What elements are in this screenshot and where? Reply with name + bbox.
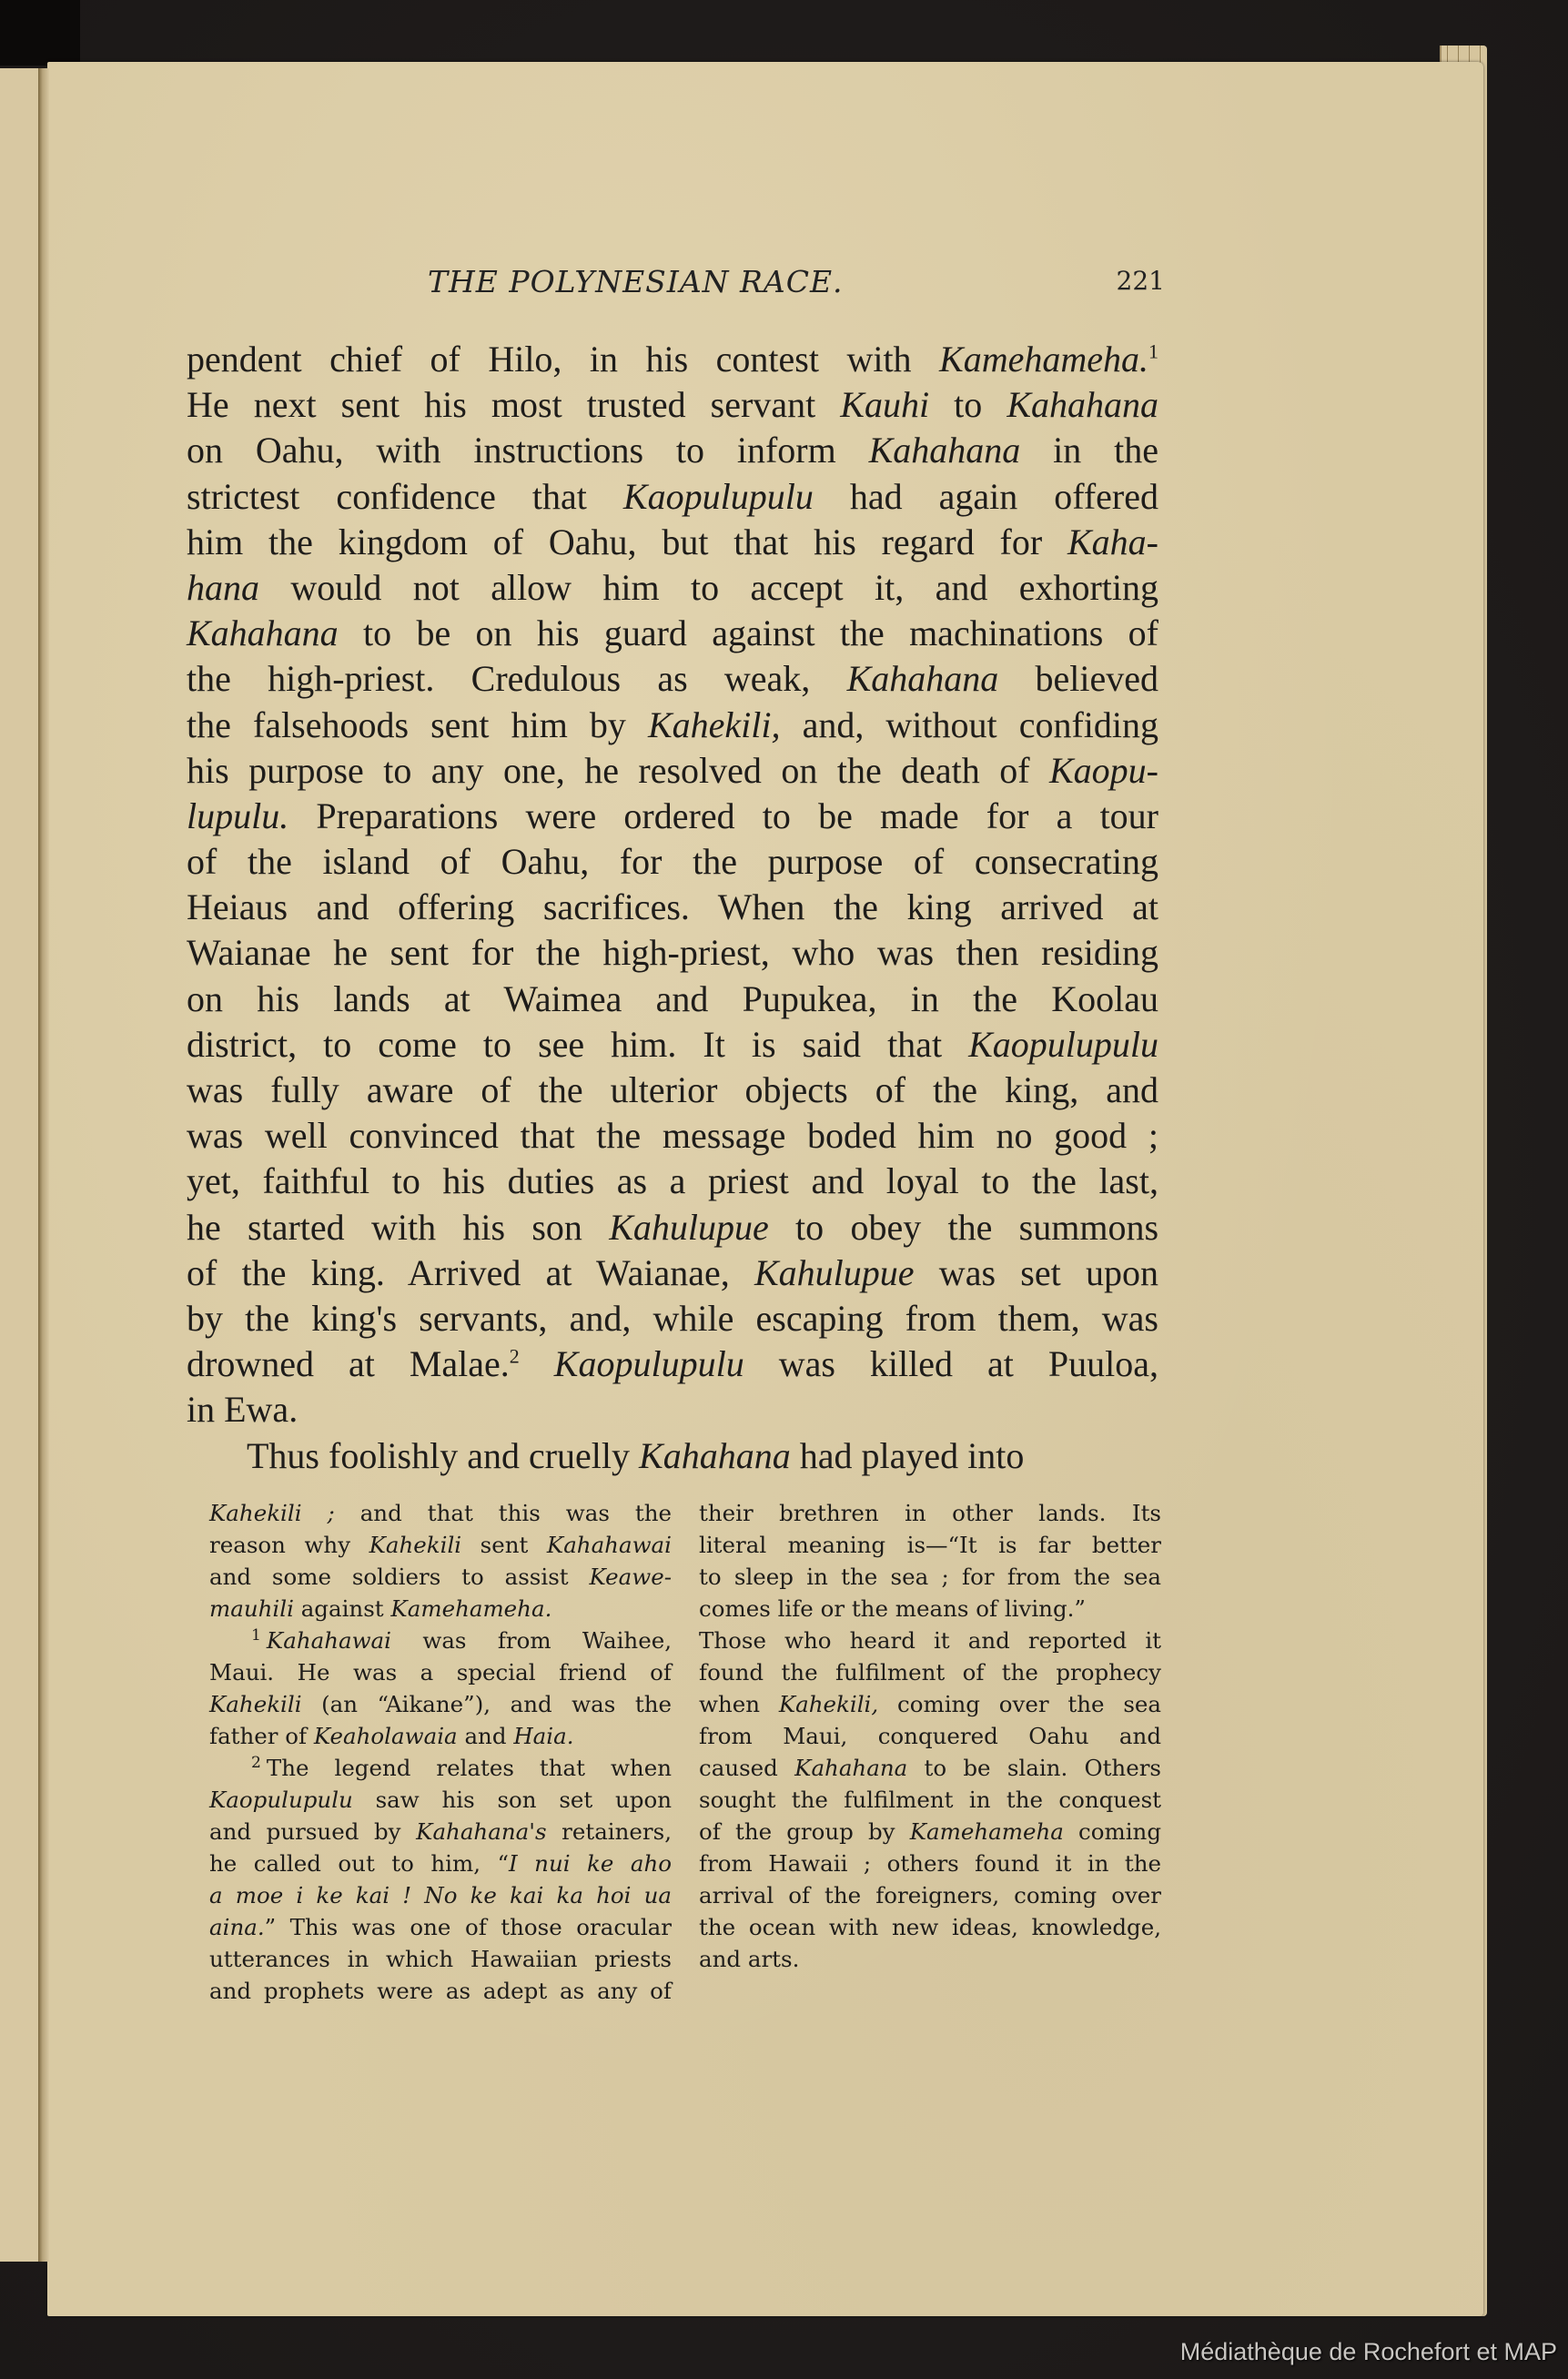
italic-text: Kahahana's [416, 1818, 546, 1845]
text-run: comes life or the means of living.” [699, 1595, 1086, 1622]
italic-text: aina. [209, 1914, 265, 1940]
text-line: Those who heard it and reported it [699, 1625, 1161, 1656]
italic-text: mauhili [209, 1595, 294, 1622]
text-line: hana would not allow him to accept it, a… [187, 565, 1158, 611]
italic-text: Kahekili, [779, 1691, 878, 1717]
text-run: Heiaus and offering sacrifices. When the… [187, 886, 1158, 927]
text-run: (an “Aikane”), and was the [302, 1691, 672, 1717]
text-run: was fully aware of the ulterior objects … [187, 1069, 1158, 1110]
text-line: and arts. [699, 1943, 1161, 1975]
text-run: arrival of the foreigners, coming over [699, 1882, 1161, 1908]
text-line: Kahahana to be on his guard against the … [187, 611, 1158, 656]
text-run: on his lands at Waimea and Pupukea, in t… [187, 978, 1158, 1019]
text-line: Maui. He was a special friend of [209, 1656, 672, 1688]
text-line: Kahekili ; and that this was the [209, 1497, 672, 1529]
text-run: from Maui, conquered Oahu and [699, 1723, 1161, 1749]
text-line: a moe i ke kai ! No ke kai ka hoi ua [209, 1879, 672, 1911]
italic-text: Kahekili [369, 1532, 462, 1558]
text-run: retainers, [547, 1818, 672, 1845]
text-line: father of Keaholawaia and Haia. [209, 1720, 672, 1752]
text-run: was well convinced that the message bode… [187, 1115, 1158, 1156]
text-run: district, to come to see him. It is said… [187, 1024, 968, 1065]
text-run: of the group by [699, 1818, 910, 1845]
text-run: caused [699, 1755, 794, 1781]
text-run: Preparations were ordered to be made for… [288, 795, 1158, 836]
library-watermark: Médiathèque de Rochefort et MAP [1180, 2338, 1557, 2366]
italic-text: Kahekili [209, 1691, 302, 1717]
text-line: the ocean with new ideas, knowledge, [699, 1911, 1161, 1943]
text-line: pendent chief of Hilo, in his contest wi… [187, 337, 1158, 382]
text-line: of the group by Kamehameha coming [699, 1816, 1161, 1848]
running-head: THE POLYNESIAN RACE. 221 [428, 264, 1165, 309]
text-line: on his lands at Waimea and Pupukea, in t… [187, 977, 1158, 1022]
text-line: from Maui, conquered Oahu and [699, 1720, 1161, 1752]
text-run: to obey the summons [769, 1207, 1158, 1248]
text-line: comes life or the means of living.” [699, 1593, 1161, 1625]
text-run: literal meaning is—“It is far better [699, 1532, 1161, 1558]
text-run: utterances in which Hawaiian priests [209, 1946, 672, 1972]
italic-text: Kahekili ; [209, 1500, 335, 1526]
italic-text: Kaopulupulu [968, 1024, 1158, 1065]
text-run: him the kingdom of Oahu, but that his re… [187, 521, 1067, 562]
text-line: mauhili against Kamehameha. [209, 1593, 672, 1625]
text-run: and prophets were as adept as any of [209, 1978, 672, 2004]
italic-text: Kaopulupulu [623, 476, 814, 517]
text-line: Thus foolishly and cruelly Kahahana had … [187, 1433, 1158, 1479]
italic-text: Kaopulupulu [554, 1343, 744, 1384]
italic-text: Kamehameha. [939, 339, 1148, 380]
text-line: Kaopulupulu saw his son set upon [209, 1784, 672, 1816]
text-run: the ocean with new ideas, knowledge, [699, 1914, 1161, 1940]
text-run: He next sent his most trusted servant [187, 384, 840, 425]
footnote-column-left: Kahekili ; and that this was thereason w… [209, 1497, 672, 2007]
book-gutter [38, 68, 49, 2262]
text-line: Waianae he sent for the high-priest, who… [187, 930, 1158, 976]
text-run: ” This was one of those oracular [265, 1914, 672, 1940]
text-run: from Hawaii ; others found it in the [699, 1850, 1161, 1877]
italic-text: Kahahana [639, 1435, 791, 1476]
text-run: to sleep in the sea ; for from the sea [699, 1564, 1161, 1590]
text-line: aina.” This was one of those oracular [209, 1911, 672, 1943]
running-title: THE POLYNESIAN RACE. [428, 264, 844, 299]
text-line: in Ewa. [187, 1387, 1158, 1432]
italic-text: Kahahana [847, 658, 999, 699]
text-line: 1Kahahawai was from Waihee, [209, 1625, 672, 1656]
text-line: utterances in which Hawaiian priests [209, 1943, 672, 1975]
text-run: father of [209, 1723, 314, 1749]
text-run: coming [1064, 1818, 1161, 1845]
italic-text: a moe i ke kai ! No ke kai ka hoi ua [209, 1882, 672, 1908]
italic-text: Kahekili, [648, 704, 781, 745]
footnote-reference: 2 [510, 1345, 520, 1368]
text-line: lupulu. Preparations were ordered to be … [187, 794, 1158, 839]
text-run: the falsehoods sent him by [187, 704, 648, 745]
italic-text: Kauhi [840, 384, 929, 425]
text-run: believed [998, 658, 1158, 699]
italic-text: Keawe- [590, 1564, 673, 1590]
text-line: He next sent his most trusted servant Ka… [187, 382, 1158, 428]
text-run: pendent chief of Hilo, in his contest wi… [187, 339, 939, 380]
text-line: caused Kahahana to be slain. Others [699, 1752, 1161, 1784]
italic-text: Kahulupue [754, 1252, 915, 1293]
text-run: in Ewa. [187, 1389, 298, 1430]
text-run: of the island of Oahu, for the purpose o… [187, 841, 1158, 882]
text-run: to [929, 384, 1007, 425]
text-line: literal meaning is—“It is far better [699, 1529, 1161, 1561]
text-line: reason why Kahekili sent Kahahawai [209, 1529, 672, 1561]
text-run: of the king. Arrived at Waianae, [187, 1252, 754, 1293]
text-run: was set upon [915, 1252, 1158, 1293]
text-run: when [699, 1691, 779, 1717]
text-run: and [458, 1723, 514, 1749]
text-run: and arts. [699, 1946, 799, 1972]
italic-text: Kahahana [869, 430, 1021, 471]
text-line: from Hawaii ; others found it in the [699, 1848, 1161, 1879]
text-run: on Oahu, with instructions to inform [187, 430, 869, 471]
text-run: by the king's servants, and, while escap… [187, 1298, 1158, 1339]
text-run: Maui. He was a special friend of [209, 1659, 672, 1686]
text-run: in the [1020, 430, 1158, 471]
text-line: to sleep in the sea ; for from the sea [699, 1561, 1161, 1593]
text-run: he called out to him, “ [209, 1850, 509, 1877]
text-run: sought the fulfilment in the conquest [699, 1787, 1161, 1813]
facing-page-edge [0, 68, 42, 2262]
main-body-text: pendent chief of Hilo, in his contest wi… [187, 337, 1158, 1479]
text-run: he started with his son [187, 1207, 609, 1248]
text-line: district, to come to see him. It is said… [187, 1022, 1158, 1068]
italic-text: Kamehameha [910, 1818, 1064, 1845]
text-run: strictest confidence that [187, 476, 623, 517]
text-run: was from Waihee, [391, 1627, 672, 1654]
text-line: of the king. Arrived at Waianae, Kahulup… [187, 1250, 1158, 1296]
book-cover-corner [0, 0, 80, 66]
italic-text: Kahahana [187, 612, 339, 653]
text-run: their brethren in other lands. Its [699, 1500, 1161, 1526]
italic-text: Kahulupue [609, 1207, 769, 1248]
footnote-number: 1 [251, 1626, 261, 1645]
text-line: sought the fulfilment in the conquest [699, 1784, 1161, 1816]
italic-text: I nui ke aho [509, 1850, 672, 1877]
text-run: against [294, 1595, 391, 1622]
italic-text: Haia. [513, 1723, 573, 1749]
text-run: saw his son set upon [353, 1787, 672, 1813]
text-run: to be slain. Others [907, 1755, 1161, 1781]
text-line: he called out to him, “I nui ke aho [209, 1848, 672, 1879]
text-run: and, without confiding [781, 704, 1159, 745]
text-line: when Kahekili, coming over the sea [699, 1688, 1161, 1720]
text-line: and pursued by Kahahana's retainers, [209, 1816, 672, 1848]
italic-text: Kamehameha. [390, 1595, 551, 1622]
text-run: The legend relates that when [267, 1755, 672, 1781]
text-line: and some soldiers to assist Keawe- [209, 1561, 672, 1593]
footnote-reference: 1 [1148, 340, 1158, 363]
text-line: arrival of the foreigners, coming over [699, 1879, 1161, 1911]
text-run: yet, faithful to his duties as a priest … [187, 1160, 1158, 1201]
text-run: Those who heard it and reported it [699, 1627, 1161, 1654]
italic-text: Kahahana [1007, 384, 1158, 425]
text-line: him the kingdom of Oahu, but that his re… [187, 520, 1158, 565]
italic-text: hana [187, 567, 259, 608]
text-run: and that this was the [335, 1500, 672, 1526]
italic-text: Keaholawaia [314, 1723, 458, 1749]
text-line: strictest confidence that Kaopulupulu ha… [187, 474, 1158, 520]
text-line: drowned at Malae.2 Kaopulupulu was kille… [187, 1341, 1158, 1387]
text-line: was fully aware of the ulterior objects … [187, 1068, 1158, 1113]
text-run: and some soldiers to assist [209, 1564, 590, 1590]
text-run: Waianae he sent for the high-priest, who… [187, 932, 1158, 973]
italic-text: Kahahana [794, 1755, 907, 1781]
italic-text: Kahahawai [547, 1532, 672, 1558]
text-run: to be on his guard against the machinati… [339, 612, 1158, 653]
text-line: found the fulfilment of the prophecy [699, 1656, 1161, 1688]
text-run: the high-priest. Credulous as weak, [187, 658, 847, 699]
text-line: by the king's servants, and, while escap… [187, 1296, 1158, 1341]
text-run: was killed at Puuloa, [744, 1343, 1158, 1384]
text-line: 2The legend relates that when [209, 1752, 672, 1784]
italic-text: Kahahawai [267, 1627, 391, 1654]
text-line: yet, faithful to his duties as a priest … [187, 1159, 1158, 1204]
page-number: 221 [1117, 266, 1165, 296]
footnote-column-right: their brethren in other lands. Itslitera… [699, 1497, 1161, 1975]
text-run: had again offered [814, 476, 1158, 517]
text-line: his purpose to any one, he resolved on t… [187, 748, 1158, 794]
text-line: he started with his son Kahulupue to obe… [187, 1205, 1158, 1250]
italic-text: Kaopu- [1049, 750, 1158, 791]
footnote-number: 2 [251, 1754, 261, 1772]
text-line: Heiaus and offering sacrifices. When the… [187, 885, 1158, 930]
italic-text: Kaopulupulu [209, 1787, 353, 1813]
text-line: the high-priest. Credulous as weak, Kaha… [187, 656, 1158, 702]
text-run: his purpose to any one, he resolved on t… [187, 750, 1049, 791]
text-line: Kahekili (an “Aikane”), and was the [209, 1688, 672, 1720]
text-run: coming over the sea [878, 1691, 1161, 1717]
text-line: their brethren in other lands. Its [699, 1497, 1161, 1529]
text-run: found the fulfilment of the prophecy [699, 1659, 1161, 1686]
text-line: the falsehoods sent him by Kahekili, and… [187, 703, 1158, 748]
text-run: would not allow him to accept it, and ex… [259, 567, 1158, 608]
text-line: of the island of Oahu, for the purpose o… [187, 839, 1158, 885]
italic-text: Kaha- [1067, 521, 1158, 562]
text-run: had played into [791, 1435, 1025, 1476]
text-run: drowned at Malae. [187, 1343, 510, 1384]
text-run [520, 1343, 554, 1384]
text-line: and prophets were as adept as any of [209, 1975, 672, 2007]
text-line: was well convinced that the message bode… [187, 1113, 1158, 1159]
italic-text: lupulu. [187, 795, 288, 836]
text-run: and pursued by [209, 1818, 416, 1845]
text-line: on Oahu, with instructions to inform Kah… [187, 428, 1158, 473]
text-run: reason why [209, 1532, 369, 1558]
text-run: sent [461, 1532, 547, 1558]
text-run: Thus foolishly and cruelly [247, 1435, 639, 1476]
